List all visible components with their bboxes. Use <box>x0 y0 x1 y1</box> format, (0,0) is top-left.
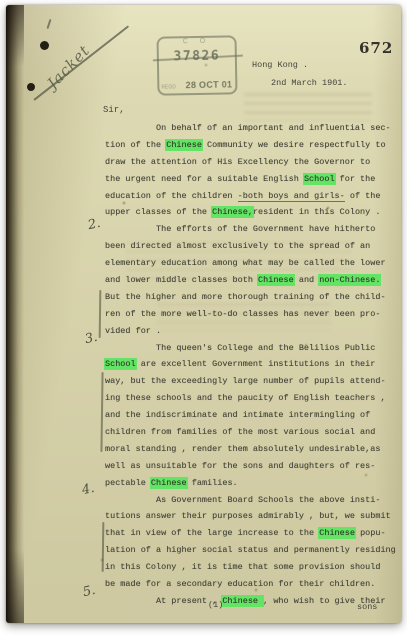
typed-text: of the <box>345 191 381 201</box>
typed-text: well as unsuitable for the sons and daug… <box>105 461 375 471</box>
typed-text: popu- <box>355 528 386 538</box>
typed-line: well as unsuitable for the sons and daug… <box>105 458 396 475</box>
typed-text: vided for . <box>105 326 161 336</box>
receipt-stamp: C O 37826 REGD 28 OCT 01 <box>156 35 237 95</box>
highlighted-text: Chinese <box>222 596 263 606</box>
typed-line: tion of the Chinese Community we desire … <box>105 137 396 154</box>
typed-line: upper classes of the Chinese,resident in… <box>105 204 396 221</box>
typed-line: ren of the more well-to-do classes has n… <box>105 306 396 323</box>
typed-text: be made for a secondary education for th… <box>105 579 375 589</box>
highlighted-text: School <box>105 359 136 369</box>
typed-text: ing these schools and the paucity of Eng… <box>105 393 386 403</box>
typed-line: The queen's College and the Belilios Pub… <box>105 340 396 357</box>
margin-paragraph-number: 4. <box>81 481 96 498</box>
typed-line: in this Colony , it is time that some pr… <box>105 559 396 576</box>
typed-line: At present , Chinese , who wish to give … <box>105 593 396 610</box>
punch-hole <box>27 83 35 91</box>
typed-text: ren of the more well-to-do classes has n… <box>105 309 380 319</box>
typed-line: way, but the exceedingly large number of… <box>105 373 396 390</box>
underlined-text: -both boys and girls- <box>238 191 345 202</box>
catchword: sons <box>357 602 377 612</box>
margin-paragraph-number: 2. <box>87 216 102 233</box>
typed-line: pectable Chinese families. <box>105 475 396 492</box>
typed-line: and the indiscriminate and intimate inte… <box>105 407 396 424</box>
typed-text: lation of a higher social status and per… <box>105 545 396 555</box>
typed-line: and lower middle classes both Chinese an… <box>105 272 396 289</box>
place-line: Hong Kong . <box>252 60 308 70</box>
typed-text: children from families of the most vario… <box>105 427 375 437</box>
typed-text: in this Colony , it is time that some pr… <box>105 562 380 572</box>
typed-line: School are excellent Government institut… <box>105 356 396 373</box>
typed-text: upper classes of the <box>105 207 212 217</box>
typed-text: been directed almost exclusively to the … <box>105 241 370 251</box>
punch-hole <box>40 41 49 50</box>
stamp-received-label: REGD <box>161 85 177 90</box>
typed-line: On behalf of an important and influentia… <box>105 120 396 137</box>
typed-text: As Government Board Schools the above in… <box>156 495 380 505</box>
typed-text: families. <box>187 478 238 488</box>
typed-text: and the indiscriminate and intimate inte… <box>105 410 370 420</box>
typed-text: and lower middle classes both <box>105 275 258 285</box>
typed-line: be made for a secondary education for th… <box>105 576 396 593</box>
highlighted-text: Chinese, <box>212 207 253 217</box>
typed-line: As Government Board Schools the above in… <box>105 492 396 509</box>
typed-line: vided for . <box>105 323 396 340</box>
typed-text: tion of the <box>105 140 166 150</box>
typed-text: elementary education among what may be c… <box>105 258 386 268</box>
highlighted-text: Chinese <box>166 140 202 150</box>
typed-line: that in view of the large increase to th… <box>105 525 396 542</box>
typed-text: tutions answer their purposes admirably … <box>105 511 391 521</box>
typed-line: lation of a higher social status and per… <box>105 542 396 559</box>
typed-text: the urgent need for a suitable English <box>105 174 304 184</box>
typed-line: been directed almost exclusively to the … <box>105 238 396 255</box>
margin-pencil-line <box>100 372 103 452</box>
margin-paragraph-number: 3. <box>84 330 99 347</box>
typed-text: and <box>294 275 320 285</box>
margin-paragraph-number: 5. <box>82 583 97 600</box>
typed-text: pectable <box>105 478 151 488</box>
typed-text: The queen's College and the Belilios Pub… <box>156 343 375 353</box>
letter-body: On behalf of an important and influentia… <box>105 120 396 610</box>
margin-pencil-line <box>102 522 104 572</box>
typed-line: ing these schools and the paucity of Eng… <box>105 390 396 407</box>
pen-tick-mark <box>47 19 52 29</box>
highlighted-text: Chinese <box>151 478 187 488</box>
typed-line: tutions answer their purposes admirably … <box>105 508 396 525</box>
typed-line: moral standing , render them absolutely … <box>105 441 396 458</box>
stamp-office-label: C O <box>159 37 235 45</box>
handwritten-annotation: Jacket <box>32 19 150 123</box>
typed-text: resident in this Colony . <box>253 207 381 217</box>
folio-number: 672 <box>359 39 393 57</box>
margin-pencil-line <box>99 290 101 338</box>
stamp-date: 28 OCT 01 <box>186 79 233 90</box>
typed-line: the urgent need for a suitable English S… <box>105 171 396 188</box>
typed-line: draw the attention of His Excellency the… <box>105 154 396 171</box>
highlighted-text: Chinese <box>319 528 355 538</box>
salutation: Sir, <box>103 105 125 115</box>
highlighted-text: non-Chinese. <box>319 275 380 285</box>
typed-text: are excellent Government institutions in… <box>136 359 376 369</box>
highlighted-text: School <box>304 174 335 184</box>
bleedthrough-smudge <box>244 93 372 121</box>
typed-text: moral standing , render them absolutely … <box>105 444 380 454</box>
typed-text: The efforts of the Government have hithe… <box>156 224 375 234</box>
typed-text: But the higher and more thorough trainin… <box>105 292 386 302</box>
typed-text: for the <box>335 174 376 184</box>
typed-text: On behalf of an important and influentia… <box>156 123 391 133</box>
typed-text: that in view of the large increase to th… <box>105 528 319 538</box>
footer-page-number: (1) <box>208 600 223 610</box>
typed-text: Community we desire respectfully to <box>202 140 386 150</box>
diagonal-pen-stroke <box>33 25 129 101</box>
typed-text: way, but the exceedingly large number of… <box>105 376 386 386</box>
typed-line: children from families of the most vario… <box>105 424 396 441</box>
typed-text: education of the children <box>105 191 238 201</box>
date-line: 2nd March 1901. <box>271 78 348 88</box>
typed-line: education of the children -both boys and… <box>105 188 396 205</box>
scanned-letter-page: Jacket C O 37826 REGD 28 OCT 01 672 Hong… <box>6 5 401 623</box>
typed-line: elementary education among what may be c… <box>105 255 396 272</box>
typed-line: The efforts of the Government have hithe… <box>105 221 396 238</box>
highlighted-text: Chinese <box>258 275 294 285</box>
typed-line: But the higher and more thorough trainin… <box>105 289 396 306</box>
typed-text: draw the attention of His Excellency the… <box>105 157 370 167</box>
binding-edge <box>6 5 24 623</box>
